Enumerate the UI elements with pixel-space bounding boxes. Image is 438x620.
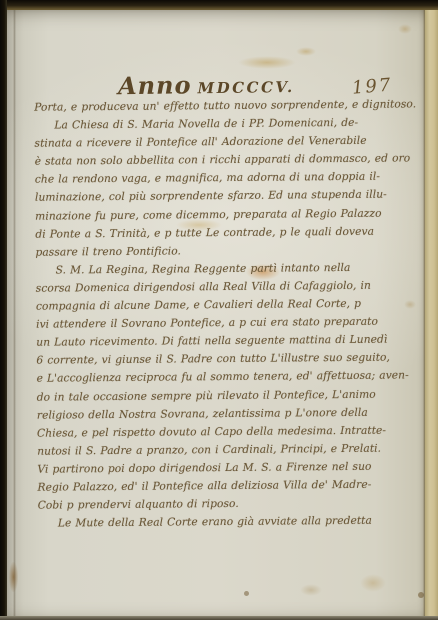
manuscript-line: Regio Palazzo, ed' il Pontefice alla del… bbox=[37, 475, 417, 496]
title-roman-numerals: MDCCCV. bbox=[197, 78, 294, 97]
scan-edge-top bbox=[0, 0, 438, 10]
title-anno: Anno bbox=[118, 70, 192, 100]
manuscript-line: di Ponte a S. Trinità, e p tutte Le cont… bbox=[35, 222, 415, 243]
manuscript-body: Porta, e produceva un' effetto tutto nuo… bbox=[34, 95, 418, 533]
scan-edge-bottom bbox=[0, 616, 438, 620]
page-title: AnnoMDCCCV. bbox=[118, 69, 295, 100]
manuscript-line: Le Mute della Real Corte erano già avvia… bbox=[38, 511, 418, 532]
manuscript-scan: AnnoMDCCCV. 197 Porta, e produceva un' e… bbox=[0, 0, 438, 620]
